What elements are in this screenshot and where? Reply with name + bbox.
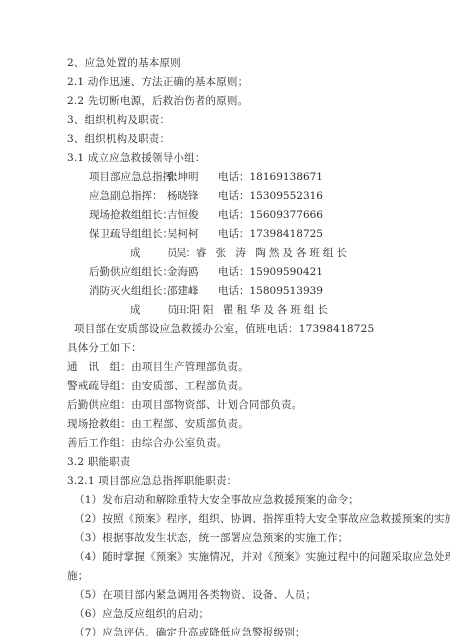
heading-2: 2、应急处置的基本原则	[67, 56, 181, 70]
duty-item: （2）按照《预案》程序，组织、协调、指挥重特大安全事故应急救援预案的实施；	[74, 512, 450, 526]
section-3-2: 3.2 职能职责	[67, 455, 131, 469]
duty-item: （6）应急反应组织的启动；	[74, 607, 209, 621]
leader-role: 现场抢救组组长：	[89, 208, 173, 222]
leader-name: 吴柯柯	[167, 227, 199, 241]
text-line: 2.2 先切断电源，后救治伤者的原则。	[67, 94, 248, 108]
leader-name: 吉恒俊	[167, 208, 199, 222]
leader-phone: 电话：18169138671	[218, 170, 323, 184]
division-item: 善后工作组：由综合办公室负责。	[67, 436, 228, 450]
leader-phone: 电话：15909590421	[218, 265, 323, 279]
duty-item: （5）在项目部内紧急调用各类物资、设备、人员；	[74, 588, 316, 602]
division-item: 后勤供应组：由项目部物资部、计划合同部负责。	[67, 398, 302, 412]
division-item: 通 讯 组：由项目生产管理部负责。	[67, 360, 249, 374]
duty-item: （4）随时掌握《预案》实施情况，并对《预案》实施过程中的问题采取应急处理措	[74, 550, 450, 564]
duty-item: （1）发布启动和解除重特大安全事故应急救援预案的命令；	[74, 493, 359, 507]
leader-name: 金海鸥	[167, 265, 199, 279]
leader-role: 后勤供应组组长：	[89, 265, 173, 279]
members-names: 吴 睿 张 涛 陶然及各班组长	[176, 246, 350, 260]
leader-phone: 电话：15309552316	[218, 189, 323, 203]
division-title: 具体分工如下：	[67, 341, 142, 355]
leader-name: 杨晓锋	[167, 189, 199, 203]
duty-item: （3）根据事故发生状态，统一部署应急预案的实施工作；	[74, 531, 348, 545]
leader-name: 张坤明	[167, 170, 199, 184]
document-page: 2、应急处置的基本原则 2.1 动作迅速、方法正确的基本原则； 2.2 先切断电…	[0, 0, 450, 636]
leader-name: 邵建峰	[167, 284, 199, 298]
members-names: 田阳阳 瞿租华及各班组长	[176, 303, 331, 317]
leader-phone: 电话：15609377666	[218, 208, 323, 222]
heading-3: 3、组织机构及职责：	[67, 132, 170, 146]
heading-3-1: 3.1 成立应急救援领导小组：	[67, 151, 206, 165]
leader-role: 消防灭火组组长：	[89, 284, 173, 298]
division-item: 现场抢救组：由工程部、安质部负责。	[67, 417, 249, 431]
leader-phone: 电话：15809513939	[218, 284, 323, 298]
office-line: 项目部在安质部设应急救援办公室，值班电话：17398418725	[74, 322, 374, 336]
leader-phone: 电话：17398418725	[218, 227, 323, 241]
duty-item-cont: 施；	[67, 569, 88, 583]
section-3-2-1: 3.2.1 项目部应急总指挥职能职责：	[67, 474, 237, 488]
leader-role: 保卫疏导组组长：	[89, 227, 173, 241]
division-item: 警戒疏导组：由安质部、工程部负责。	[67, 379, 249, 393]
text-line: 2.1 动作迅速、方法正确的基本原则；	[67, 75, 248, 89]
leader-role: 应急副总指挥：	[89, 189, 163, 203]
heading-3: 3、组织机构及职责：	[67, 113, 170, 127]
duty-item: （7）应急评估，确定升高或降低应急警报级别；	[74, 626, 306, 636]
